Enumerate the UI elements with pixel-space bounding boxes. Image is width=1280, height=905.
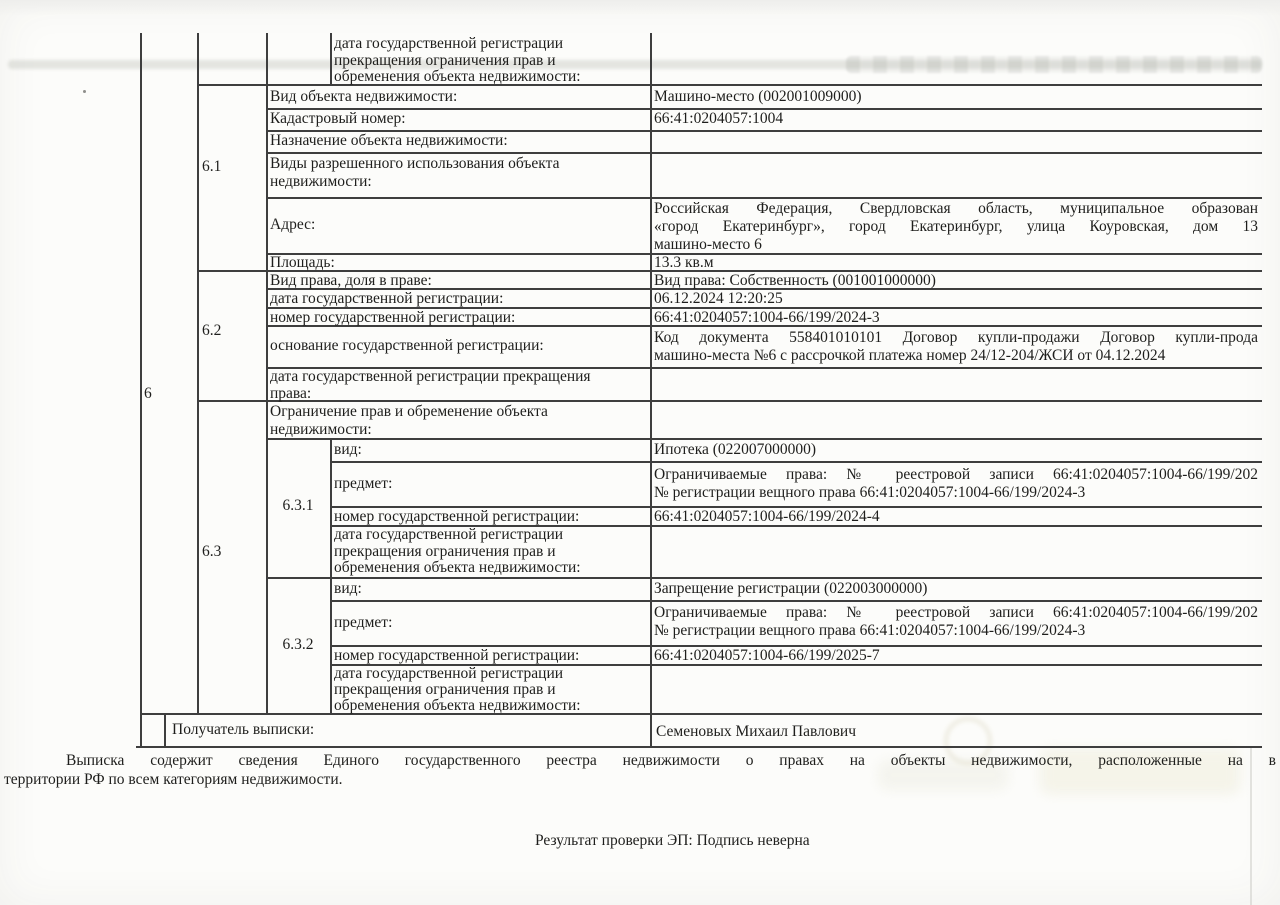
- page-top-edge-shadow: [0, 0, 1280, 16]
- row-label-registration-date: дата государственной регистрации:: [270, 290, 503, 308]
- scan-speck: [83, 90, 86, 93]
- row-value-restriction-reg-number: 66:41:0204057:1004-66/199/2025-7: [654, 647, 880, 665]
- row-label-right-termination-date: дата государственной регистрации прекращ…: [270, 369, 591, 402]
- table-grid-line: [140, 713, 1262, 715]
- table-grid-line: [164, 713, 166, 746]
- row-label-restriction-reg-number: номер государственной регистрации:: [334, 647, 579, 665]
- row-label-restriction-subject: предмет:: [334, 614, 392, 632]
- table-grid-line: [330, 438, 332, 713]
- row-value-area: 13.3 кв.м: [654, 254, 714, 272]
- extract-note-paragraph: Выписка содержит сведения Единого госуда…: [4, 752, 1276, 789]
- row-label-restriction-kind: вид:: [334, 580, 362, 598]
- row-label-registration-basis: основание государственной регистрации:: [270, 337, 544, 355]
- row-label-date-termination-cont: дата государственной регистрации прекращ…: [334, 36, 581, 86]
- table-grid-line: [650, 33, 652, 746]
- row-label-restriction-subject: предмет:: [334, 475, 392, 493]
- row-label-restrictions-header: Ограничение прав и обременение объекта н…: [270, 403, 548, 438]
- row-value-restriction-subject: Ограничиваемые права: № реестровой запис…: [654, 466, 1258, 502]
- section-number-6: 6: [144, 385, 152, 403]
- row-label-restriction-kind: вид:: [334, 441, 362, 459]
- row-value-restriction-kind: Ипотека (022007000000): [654, 441, 816, 459]
- row-value-registration-number: 66:41:0204057:1004-66/199/2024-3: [654, 309, 880, 327]
- table-grid-line: [330, 461, 1262, 463]
- row-value-address: Российская Федерация, Свердловская облас…: [654, 200, 1258, 254]
- row-value-restriction-subject: Ограничиваемые права: № реестровой запис…: [654, 604, 1258, 640]
- row-label-permitted-use: Виды разрешенного использования объекта …: [270, 155, 559, 190]
- scan-streak-band-dark: [846, 56, 1262, 73]
- section-number-6-1: 6.1: [202, 158, 221, 176]
- row-label-cadastral-number: Кадастровый номер:: [270, 110, 406, 128]
- row-value-extract-receiver: Семеновых Михаил Павлович: [656, 723, 856, 741]
- row-label-extract-receiver: Получатель выписки:: [172, 721, 314, 739]
- row-label-right-type: Вид права, доля в праве:: [270, 272, 432, 290]
- section-number-6-3: 6.3: [202, 543, 221, 561]
- row-label-restriction-termination-date: дата государственной регистрации прекращ…: [334, 666, 581, 714]
- row-label-object-type: Вид объекта недвижимости:: [270, 88, 457, 106]
- row-label-purpose: Назначение объекта недвижимости:: [270, 132, 508, 150]
- table-grid-line: [330, 33, 332, 84]
- row-value-registration-date: 06.12.2024 12:20:25: [654, 290, 783, 308]
- row-label-registration-number: номер государственной регистрации:: [270, 309, 515, 327]
- table-grid-line: [136, 746, 1262, 748]
- section-number-6-3-1: 6.3.1: [266, 497, 330, 515]
- row-label-area: Площадь:: [270, 254, 335, 272]
- row-value-restriction-reg-number: 66:41:0204057:1004-66/199/2024-4: [654, 508, 880, 526]
- row-label-address: Адрес:: [270, 216, 315, 234]
- table-grid-line: [266, 33, 268, 713]
- table-grid-line: [266, 438, 1262, 440]
- section-number-6-3-2: 6.3.2: [266, 636, 330, 654]
- row-value-cadastral-number: 66:41:0204057:1004: [654, 110, 783, 128]
- table-grid-line: [266, 197, 1262, 199]
- row-value-registration-basis: Код документа 558401010101 Договор купли…: [654, 329, 1258, 365]
- table-grid-line: [140, 33, 142, 746]
- row-label-restriction-termination-date: дата государственной регистрации прекращ…: [334, 527, 581, 577]
- scanned-egrn-extract-page: дата государственной регистрации прекращ…: [0, 0, 1280, 905]
- table-grid-line: [266, 152, 1262, 154]
- row-value-right-type: Вид права: Собственность (001001000000): [654, 272, 936, 290]
- row-value-restriction-kind: Запрещение регистрации (022003000000): [654, 580, 927, 598]
- row-label-restriction-reg-number: номер государственной регистрации:: [334, 508, 579, 526]
- section-number-6-2: 6.2: [202, 322, 221, 340]
- table-grid-line: [330, 600, 1262, 602]
- signature-check-result: Результат проверки ЭП: Подпись неверна: [535, 832, 810, 850]
- table-grid-line: [266, 577, 1262, 579]
- table-grid-line: [197, 33, 199, 713]
- row-value-object-type: Машино-место (002001009000): [654, 88, 862, 106]
